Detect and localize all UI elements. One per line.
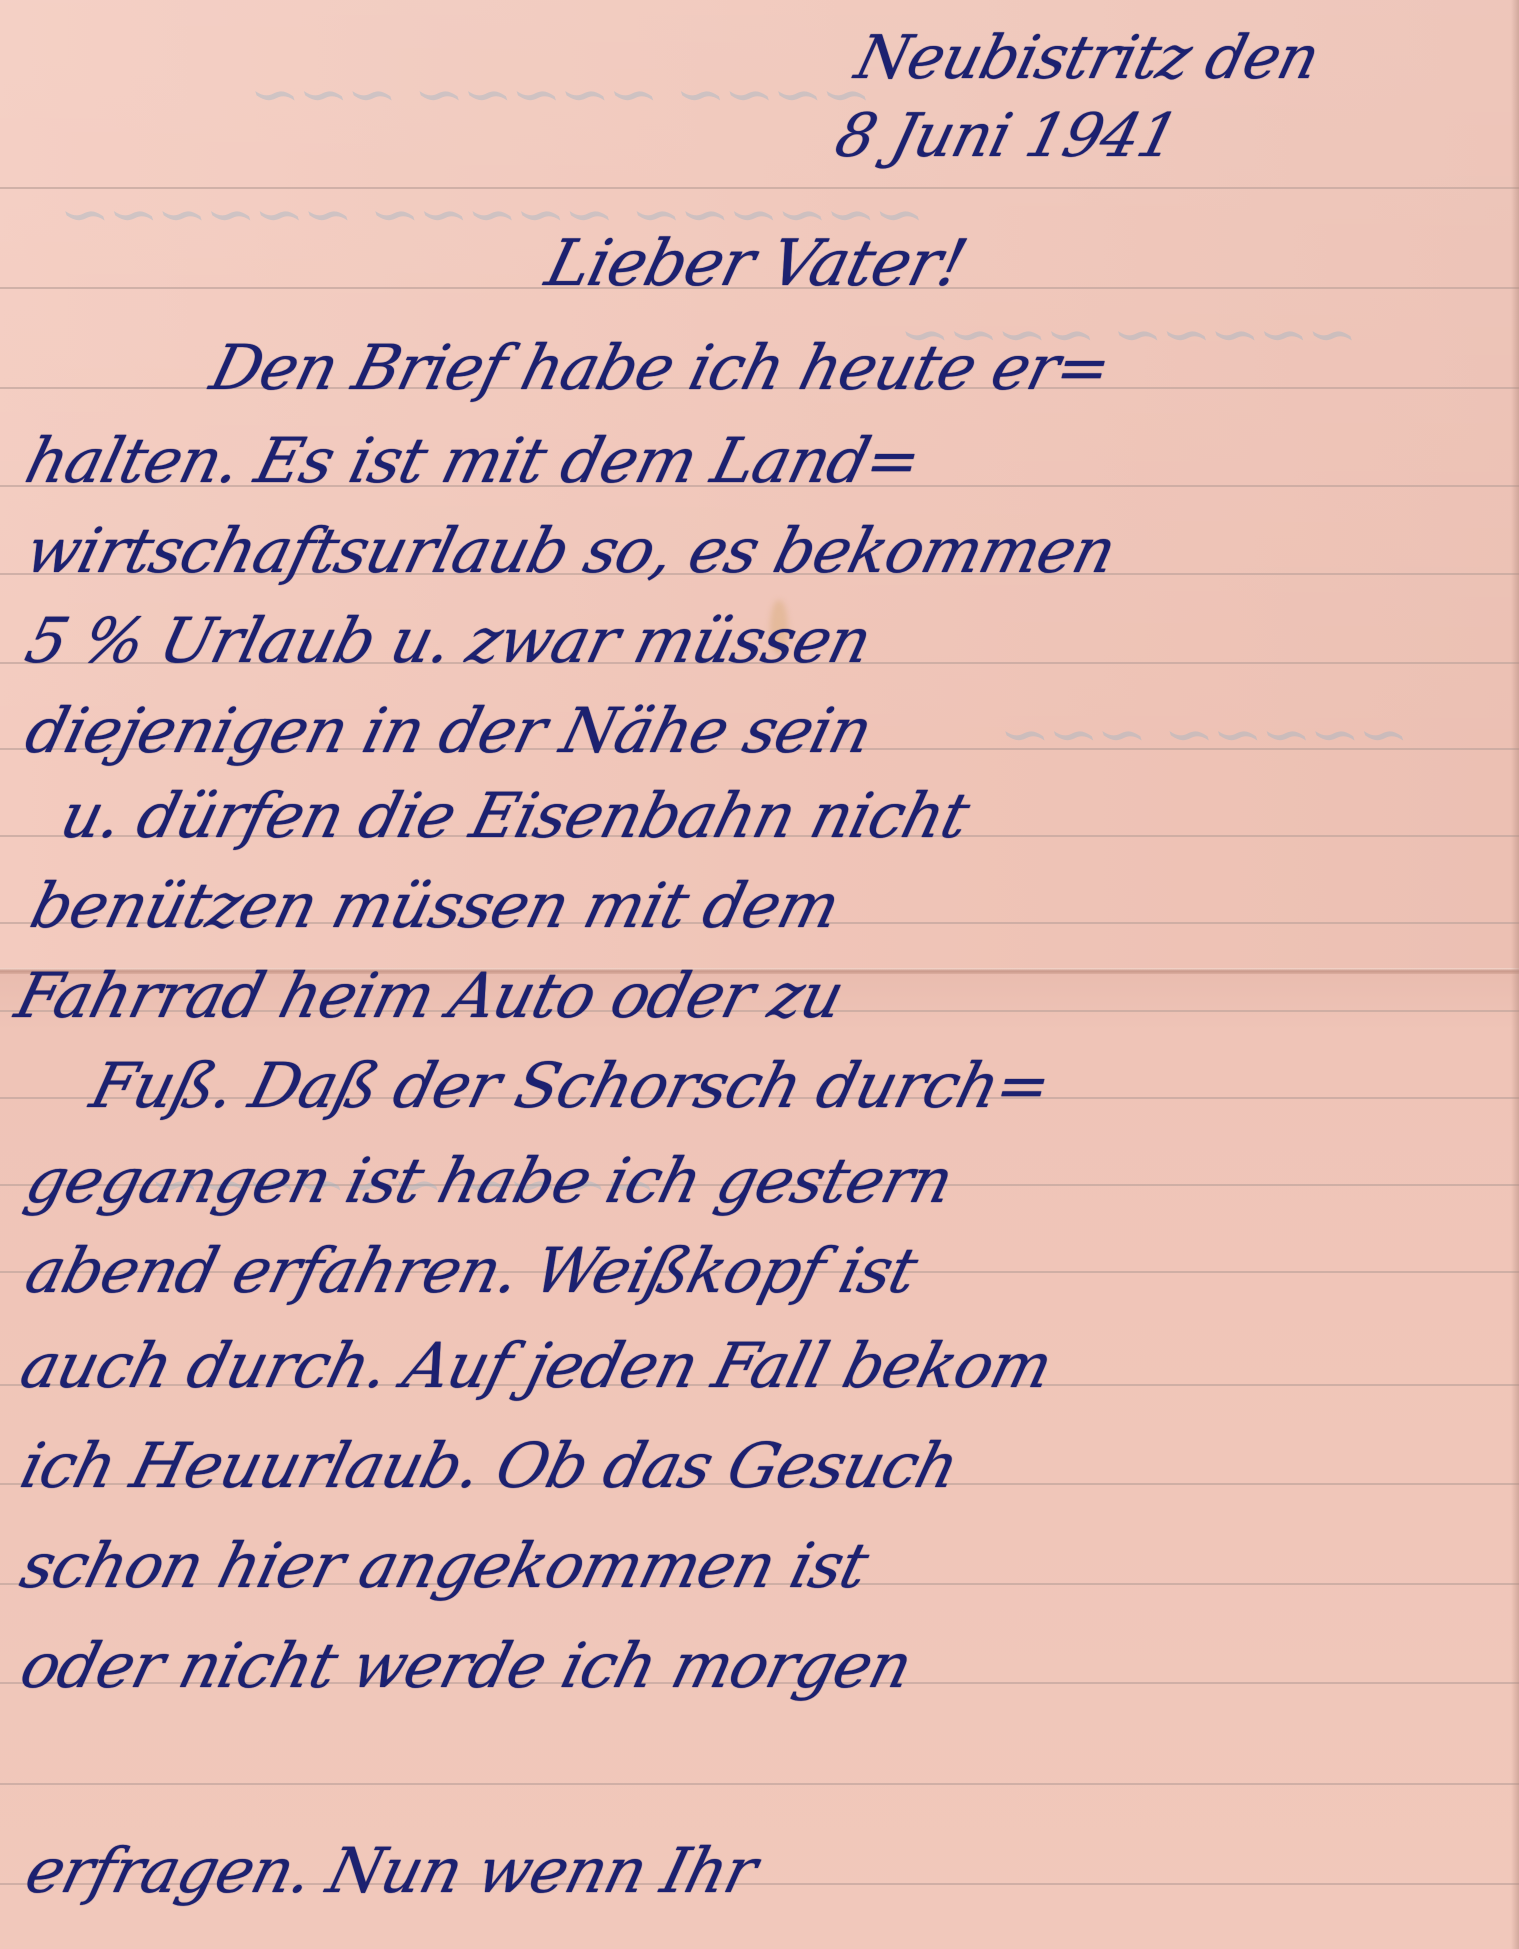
ink-bleed-through: ~~~~~ ~~~ xyxy=(989,700,1418,768)
letter-body-line: Fahrrad heim Auto oder zu xyxy=(10,965,849,1027)
letter-salutation: Lieber Vater! xyxy=(540,232,972,296)
letter-body-line: Den Brief habe ich heute er= xyxy=(205,337,1116,399)
letter-body-line: auch durch. Auf jeden Fall bekom xyxy=(15,1335,1058,1397)
letter-body-line: u. dürfen die Eisenbahn nicht xyxy=(55,785,974,847)
ink-bleed-through: ~~~~ ~~~~~ ~~~ xyxy=(239,60,881,128)
letter-place: Neubistritz den xyxy=(850,28,1324,88)
letter-body-line: erfragen. Nun wenn Ihr xyxy=(20,1840,762,1902)
letter-body-line: wirtschaftsurlaub so, es bekommen xyxy=(20,520,1121,582)
letter-body-line: schon hier angekommen ist xyxy=(15,1535,873,1597)
ruled-line xyxy=(0,1783,1519,1785)
paper-edge-shadow xyxy=(1511,0,1519,1949)
letter-body-line: diejenigen in der Nähe sein xyxy=(20,700,877,762)
letter-body-line: halten. Es ist mit dem Land= xyxy=(20,430,926,492)
letter-body-line: oder nicht werde ich morgen xyxy=(15,1635,917,1697)
letter-body-line: 5 % Urlaub u. zwar müssen xyxy=(20,610,877,672)
letter-date: 8 Juni 1941 xyxy=(830,106,1184,166)
letter-body-line: abend erfahren. Weißkopf ist xyxy=(20,1240,922,1302)
letter-body-line: benützen müssen mit dem xyxy=(25,875,845,937)
letter-body-line: Fuß. Daß der Schorsch durch= xyxy=(85,1055,1056,1117)
letter-body-line: gegangen ist habe ich gestern xyxy=(20,1150,958,1212)
letter-body-line: ich Heuurlaub. Ob das Gesuch xyxy=(15,1435,964,1497)
